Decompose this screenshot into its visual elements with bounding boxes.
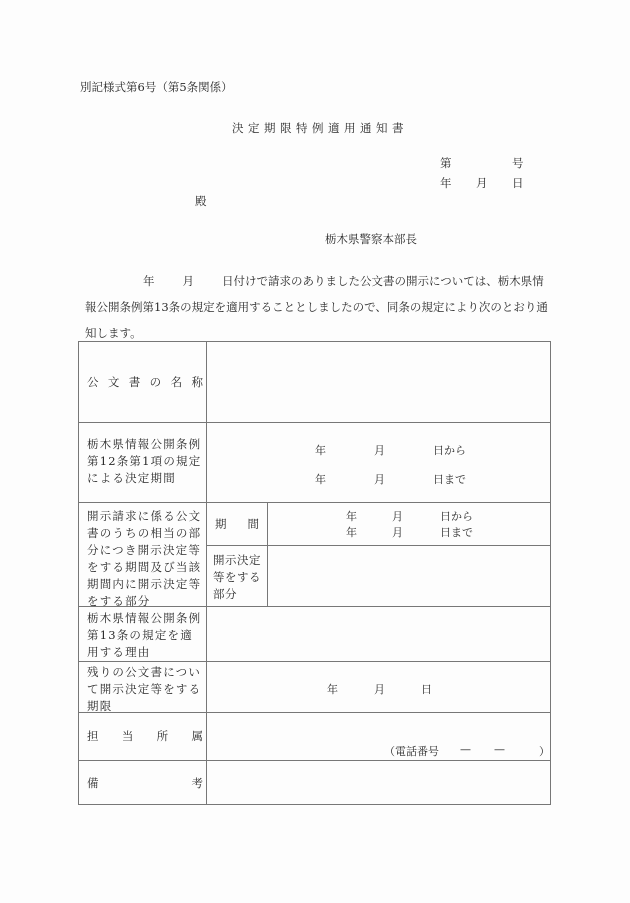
row-divider [79, 661, 550, 662]
label-disclosure-portion: 開示決定等をする部分 [213, 552, 265, 603]
addressee: 殿 [195, 193, 207, 209]
disclosure-portion-field[interactable] [269, 547, 549, 605]
body-month: 月 [183, 274, 195, 288]
label-period: 期間 [215, 516, 259, 532]
column-divider [206, 342, 207, 804]
issuer: 栃木県警察本部長 [325, 231, 417, 247]
label-partial-disclosure: 開示請求に係る公文書のうちの相当の部分につき開示決定等をする期間及び当該期間内に… [87, 508, 203, 610]
issue-year: 年 [440, 175, 452, 191]
label-document-name: 公文書の名称 [87, 374, 203, 391]
body-year: 年 [143, 274, 155, 288]
form-number: 別記様式第6号（第5条関係） [80, 79, 233, 95]
row-divider [79, 502, 550, 503]
reason-field[interactable] [208, 608, 548, 660]
row-divider [79, 760, 550, 761]
label-reason: 栃木県情報公開条例第13条の規定を適用する理由 [87, 610, 203, 661]
label-document-name-text: 公文書の名称 [87, 374, 203, 391]
notice-table: 公文書の名称 栃木県情報公開条例第12条第1項の規定による決定期間 年 月 日か… [78, 341, 551, 805]
row-divider [79, 422, 550, 423]
document-title: 決定期限特例適用通知書 [232, 120, 408, 136]
issue-day: 日 [512, 175, 524, 191]
label-remaining-deadline: 残りの公文書について開示決定等をする期限 [87, 664, 203, 715]
sub-column-divider [267, 502, 268, 606]
document-name-field[interactable] [208, 344, 548, 420]
issue-month: 月 [476, 175, 488, 191]
label-decision-period: 栃木県情報公開条例第12条第1項の規定による決定期間 [87, 436, 203, 487]
label-remarks: 備考 [87, 775, 203, 792]
notice-body: 年月日付けで請求のありました公文書の開示については、栃木県情報公開条例第13条の… [85, 268, 555, 346]
sub-row-divider [206, 545, 550, 546]
label-department: 担当所属 [87, 728, 203, 745]
number-prefix: 第 [440, 155, 452, 171]
number-suffix: 号 [512, 155, 524, 171]
remarks-field[interactable] [208, 762, 548, 804]
